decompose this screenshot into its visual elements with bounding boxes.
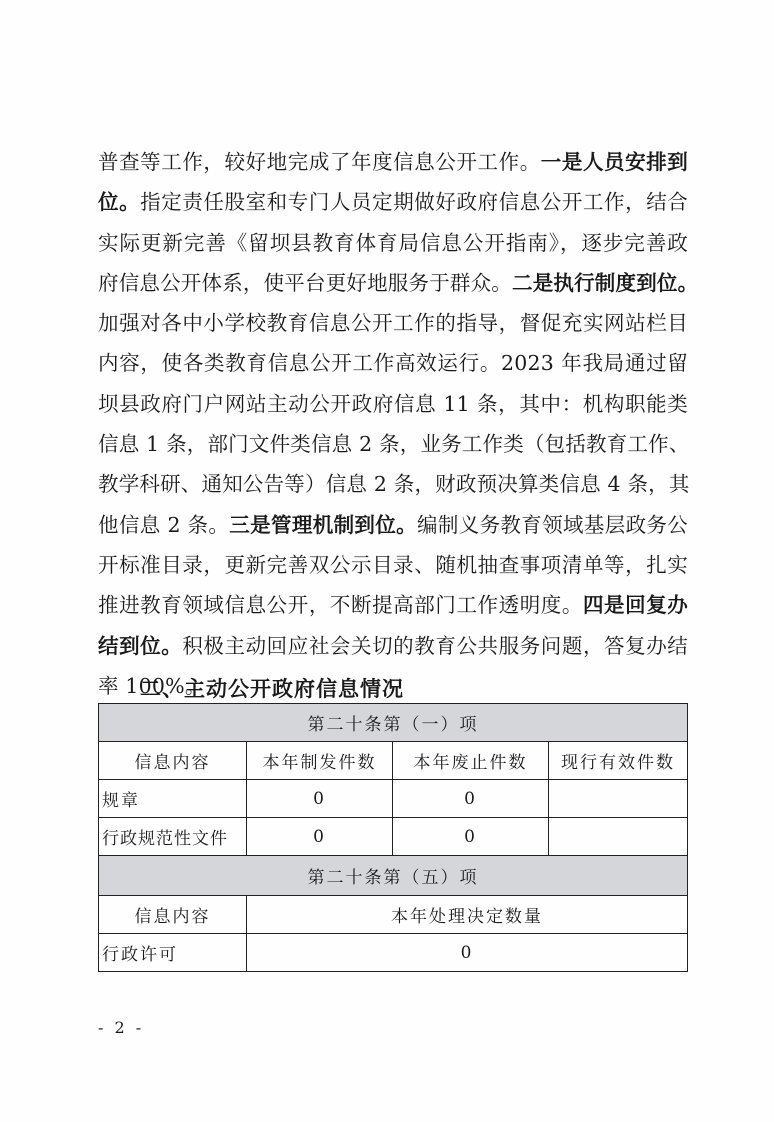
body-text: 普查等工作，较好地完成了年度信息公开工作。一是人员安排到位。指定责任股室和专门人… — [98, 142, 688, 706]
table-header-row: 信息内容 本年制发件数 本年废止件数 现行有效件数 — [99, 742, 688, 780]
row-label: 规章 — [99, 780, 247, 818]
text-line: 教学科研、通知公告等）信息 2 条，财政预决算类信息 4 条，其 — [98, 464, 688, 504]
bold-text: 结到位。 — [98, 634, 182, 658]
text: 内容，使各类教育信息公开工作高效运行。2023 年我局通过留 — [98, 351, 688, 375]
page-number: - 2 - — [98, 1018, 144, 1037]
header-info-content: 信息内容 — [99, 742, 247, 780]
header-repealed: 本年废止件数 — [393, 742, 549, 780]
text: 实际更新完善《留坝县教育体育局信息公开指南》，逐步完善政 — [98, 231, 688, 255]
text: 普查等工作，较好地完成了年度信息公开工作。 — [98, 150, 541, 174]
text: 编制义务教育领域基层政务公 — [417, 513, 688, 537]
bold-text: 位。 — [98, 190, 140, 214]
table-section-header: 第二十条第（一）项 — [99, 704, 688, 742]
header-info-content: 信息内容 — [99, 896, 247, 934]
bold-text: 三是管理机制到位。 — [229, 513, 417, 537]
cell-issued: 0 — [247, 818, 393, 856]
table-row: 行政许可 0 — [99, 934, 688, 972]
header-valid: 现行有效件数 — [549, 742, 688, 780]
section2-title: 第二十条第（五）项 — [99, 856, 688, 896]
text-line: 府信息公开体系，使平台更好地服务于群众。二是执行制度到位。 — [98, 263, 688, 303]
text: 他信息 2 条。 — [98, 513, 229, 537]
info-disclosure-table: 第二十条第（一）项 信息内容 本年制发件数 本年废止件数 现行有效件数 规章 0… — [98, 703, 688, 972]
row-label: 行政许可 — [99, 934, 247, 972]
text-line: 他信息 2 条。三是管理机制到位。编制义务教育领域基层政务公 — [98, 505, 688, 545]
section1-title: 第二十条第（一）项 — [99, 704, 688, 742]
text-line: 信息 1 条，部门文件类信息 2 条，业务工作类（包括教育工作、 — [98, 424, 688, 464]
cell-repealed: 0 — [393, 818, 549, 856]
text-line: 加强对各中小学校教育信息公开工作的指导，督促充实网站栏目 — [98, 303, 688, 343]
table-header-row: 信息内容 本年处理决定数量 — [99, 896, 688, 934]
text: 府信息公开体系，使平台更好地服务于群众。 — [98, 271, 512, 295]
text-line: 普查等工作，较好地完成了年度信息公开工作。一是人员安排到 — [98, 142, 688, 182]
text: 开标准目录，更新完善双公示目录、随机抽查事项清单等，扎实 — [98, 553, 688, 577]
text-line: 内容，使各类教育信息公开工作高效运行。2023 年我局通过留 — [98, 343, 688, 383]
text-line: 位。指定责任股室和专门人员定期做好政府信息公开工作，结合 — [98, 182, 688, 222]
text-line: 实际更新完善《留坝县教育体育局信息公开指南》，逐步完善政 — [98, 223, 688, 263]
cell-repealed: 0 — [393, 780, 549, 818]
bold-text: 四是回复办 — [583, 593, 688, 617]
text-line: 坝县政府门户网站主动公开政府信息 11 条，其中：机构职能类 — [98, 384, 688, 424]
text: 积极主动回应社会关切的教育公共服务问题，答复办结 — [182, 634, 688, 658]
section-title: 二、主动公开政府信息情况 — [140, 673, 404, 703]
text-line: 开标准目录，更新完善双公示目录、随机抽查事项清单等，扎实 — [98, 545, 688, 585]
cell-issued: 0 — [247, 780, 393, 818]
header-issued: 本年制发件数 — [247, 742, 393, 780]
bold-text: 一是人员安排到 — [541, 150, 688, 174]
header-decision-count: 本年处理决定数量 — [247, 896, 688, 934]
text: 教学科研、通知公告等）信息 2 条，财政预决算类信息 4 条，其 — [98, 472, 690, 496]
table-row: 行政规范性文件 0 0 — [99, 818, 688, 856]
text: 信息 1 条，部门文件类信息 2 条，业务工作类（包括教育工作、 — [98, 432, 690, 456]
bold-text: 二是执行制度到位。 — [512, 271, 698, 295]
text: 指定责任股室和专门人员定期做好政府信息公开工作，结合 — [140, 190, 688, 214]
row-label: 行政规范性文件 — [99, 818, 247, 856]
text-line: 结到位。积极主动回应社会关切的教育公共服务问题，答复办结 — [98, 626, 688, 666]
cell-count: 0 — [247, 934, 688, 972]
paragraph: 普查等工作，较好地完成了年度信息公开工作。一是人员安排到位。指定责任股室和专门人… — [98, 142, 688, 706]
table-row: 规章 0 0 — [99, 780, 688, 818]
text: 加强对各中小学校教育信息公开工作的指导，督促充实网站栏目 — [98, 311, 688, 335]
text: 坝县政府门户网站主动公开政府信息 11 条，其中：机构职能类 — [98, 392, 688, 416]
table-section-header: 第二十条第（五）项 — [99, 856, 688, 896]
cell-valid — [549, 780, 688, 818]
text-line: 推进教育领域信息公开，不断提高部门工作透明度。四是回复办 — [98, 585, 688, 625]
cell-valid — [549, 818, 688, 856]
text: 推进教育领域信息公开，不断提高部门工作透明度。 — [98, 593, 583, 617]
